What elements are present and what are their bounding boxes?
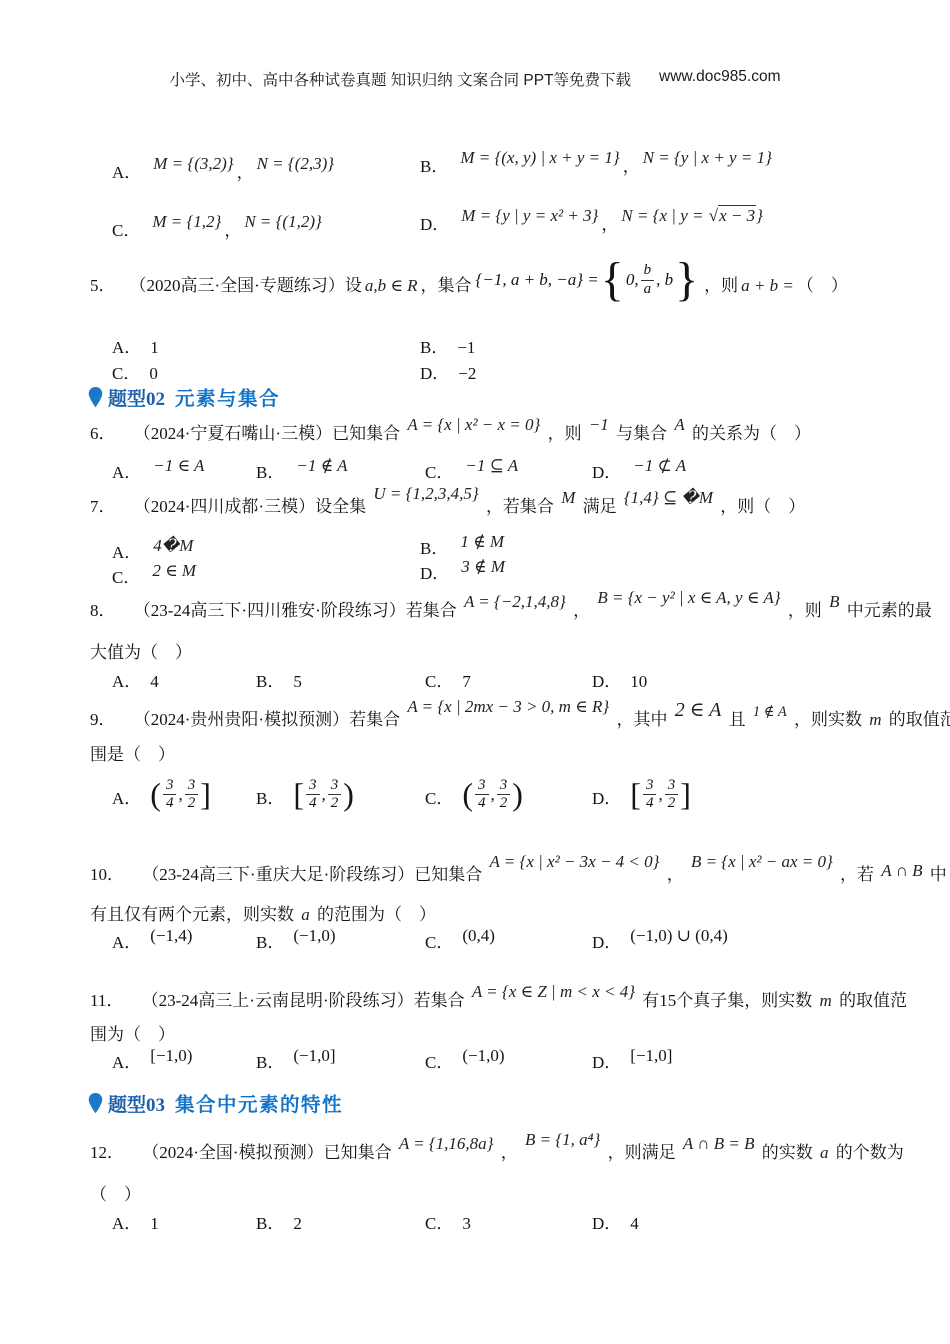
comma: , [658, 785, 662, 805]
q4-option-a: A．M = {(3,2)}，N = {(2,3)} [112, 162, 337, 185]
text: ，若 [840, 865, 874, 884]
header-text: 小学、初中、高中各种试卷真题 知识归纳 文案合同 PPT等免费下载 [169, 68, 631, 90]
math-var-a: a [820, 1143, 829, 1162]
text: 的实数 [762, 1143, 813, 1162]
q4-option-b: B．M = {(x, y) | x + y = 1}，N = {y | x + … [420, 156, 775, 179]
sqrt-pre: N = {x | y = [621, 206, 707, 225]
text: 与集合 [616, 424, 667, 443]
sqrt-post: } [756, 206, 763, 225]
option-value: 2 [293, 1214, 302, 1233]
math-set-B: B = {1, a⁴} [525, 1129, 600, 1152]
text: 围为（ ） [90, 1025, 175, 1044]
question-number: 12． [90, 1143, 124, 1162]
q12-option-b: B．2 [256, 1209, 302, 1234]
q5-option-a: A．1 [112, 333, 159, 358]
text: ，其中 [616, 710, 667, 729]
question-source: （2020高三·全国·专题练习）设 [130, 275, 362, 298]
q4-option-d: D．M = {y | y = x² + 3}，N = {x | y = √x −… [420, 214, 766, 237]
option-value: 5 [293, 672, 302, 691]
radical-icon: √ [709, 206, 718, 225]
answer-paren: （ ） [90, 1185, 141, 1204]
option-label: D． [592, 672, 621, 691]
option-label: B． [256, 1053, 284, 1072]
text: 有15个真子集，则实数 [642, 991, 812, 1010]
option-value: 7 [462, 672, 471, 691]
q6-option-c: C．−1 ⊆ A [425, 458, 521, 483]
option-label: B． [256, 672, 284, 691]
text: ，若集合 [486, 497, 554, 516]
fraction-numerator: 3 [665, 778, 679, 796]
topic-title: 集合中元素的特性 [175, 1089, 343, 1117]
option-label: C． [112, 221, 140, 240]
fraction-numerator: 3 [306, 778, 320, 796]
option-value: −2 [458, 364, 476, 383]
fraction: 34 [163, 778, 177, 813]
q9-option-d: D． [34,32] [592, 760, 691, 812]
question-number: 6． [90, 424, 116, 443]
math-subset-condition: {1,4} ⊆ �M [624, 487, 713, 510]
option-label: D． [592, 463, 621, 482]
fraction-denominator: 4 [478, 795, 486, 812]
q5-option-d: D．−2 [420, 359, 476, 384]
page-header: 小学、初中、高中各种试卷真题 知识归纳 文案合同 PPT等免费下载 www.do… [0, 68, 950, 90]
q9-option-a: A． (34,32] [112, 760, 211, 812]
comma: ， [667, 865, 684, 884]
option-label: D． [592, 1053, 621, 1072]
option-label: A． [112, 543, 141, 562]
text: 的取值范 [889, 710, 950, 729]
fraction: 34 [475, 778, 489, 813]
set-rest: , b [656, 269, 673, 292]
comma: ， [501, 1143, 518, 1162]
math-set-B: B = {x | x² − ax = 0} [691, 851, 833, 874]
question-number: 10． [90, 865, 124, 884]
option-label: A． [112, 338, 141, 357]
math-1-notin-A: 1 ∉ A [753, 703, 787, 723]
q6-option-a: A．−1 ∈ A [112, 458, 207, 483]
q6-option-b: B．−1 ∉ A [256, 458, 350, 483]
question-11-line-2: 围为（ ） [90, 1024, 175, 1047]
interval-value: [34,32] [630, 778, 691, 813]
question-5-line: 5． （2020高三·全国·专题练习）设 a,b ∈ R ，集合 {−1, a … [90, 252, 848, 320]
fraction-denominator: 4 [309, 795, 317, 812]
worksheet-page: 小学、初中、高中各种试卷真题 知识归纳 文案合同 PPT等免费下载 www.do… [0, 0, 950, 1344]
bracket-close: ) [512, 778, 523, 810]
option-label: D． [592, 933, 621, 952]
radicand: x − 3 [718, 205, 756, 225]
q10-option-c: C．(0,4) [425, 928, 495, 953]
fraction-denominator: 4 [646, 795, 654, 812]
math-set-N: N = {y | x + y = 1} [643, 147, 772, 170]
option-label: D． [420, 364, 449, 383]
q5-option-b: B．−1 [420, 333, 475, 358]
question-number: 8． [90, 601, 116, 620]
math-set-N-sqrt: N = {x | y = √x − 3} [621, 205, 763, 228]
text: 的关系为（ ） [692, 424, 811, 443]
option-value: 0 [149, 364, 158, 383]
math-2-in-A: 2 ∈ A [675, 697, 722, 724]
question-source: （2024·宁夏石嘴山·三模）已知集合 [134, 424, 400, 443]
fraction: 32 [665, 778, 679, 813]
math-universal-set: U = {1,2,3,4,5} [373, 483, 478, 506]
fraction: 32 [497, 778, 511, 813]
text: ，则（ ） [720, 497, 805, 516]
question-number: 9． [90, 710, 116, 729]
option-value: 4 [150, 672, 159, 691]
option-label: B． [420, 539, 448, 558]
text: ，则满足 [608, 1143, 676, 1162]
option-label: C． [425, 784, 453, 812]
option-label: A． [112, 1053, 141, 1072]
topic-tag: 题型02 [108, 384, 165, 411]
text: ，则 [788, 601, 822, 620]
question-number: 7． [90, 497, 116, 516]
option-value: −1 [457, 338, 475, 357]
question-8-line-1: 8． （23-24高三下·四川雅安·阶段练习）若集合 A = {−2,1,4,8… [90, 600, 932, 623]
fraction-numerator: 3 [497, 778, 511, 796]
bracket-close: ] [200, 778, 211, 810]
topic-header-02: 题型02 元素与集合 [88, 383, 280, 411]
option-value: (−1,0) [293, 926, 335, 946]
fraction-numerator: 3 [643, 778, 657, 796]
bracket-open: ( [150, 778, 161, 810]
q9-option-b: B． [34,32) [256, 760, 354, 812]
option-label: C． [425, 933, 453, 952]
bracket-open: [ [630, 778, 641, 810]
bracket-open: [ [293, 778, 304, 810]
question-number: 5． [90, 275, 116, 298]
text: ，则实数 [794, 710, 862, 729]
math-set-N: N = {(2,3)} [257, 153, 334, 176]
option-value: 4 [630, 1214, 639, 1233]
topic-tag: 题型03 [108, 1090, 165, 1117]
q7-option-c: C．2 ∈ M [112, 563, 199, 588]
question-source: （23-24高三上·云南昆明·阶段练习）若集合 [142, 991, 465, 1010]
option-label: A． [112, 463, 141, 482]
option-label: C． [112, 568, 140, 587]
math-set-A: A = {x | 2mx − 3 > 0, m ∈ R} [407, 696, 609, 719]
q12-option-a: A．1 [112, 1209, 159, 1234]
comma: ， [573, 601, 590, 620]
comma: ， [237, 163, 254, 182]
math-set-A: A = {−2,1,4,8} [464, 591, 566, 614]
option-value: [−1,0) [150, 1046, 192, 1066]
math-set-M: M = {(x, y) | x + y = 1} [460, 147, 619, 170]
answer-paren: （ ） [797, 275, 848, 298]
question-12-line-1: 12． （2024·全国·模拟预测）已知集合 A = {1,16,8a} ， B… [90, 1142, 904, 1165]
question-6-line: 6． （2024·宁夏石嘴山·三模）已知集合 A = {x | x² − x =… [90, 423, 811, 446]
comma: ， [224, 221, 241, 240]
option-label: A． [112, 784, 141, 812]
option-label: A． [112, 933, 141, 952]
interval-value: [34,32) [293, 778, 354, 813]
math-A-intersect-B: A ∩ B [881, 860, 922, 883]
q5-option-c: C．0 [112, 359, 158, 384]
q7-option-b: B．1 ∉ M [420, 534, 507, 559]
fraction-denominator: a [644, 281, 652, 298]
site-url: www.doc985.com [659, 68, 780, 90]
fraction-denominator: 2 [331, 795, 339, 812]
q8-option-b: B．5 [256, 667, 302, 692]
option-label: A． [112, 1214, 141, 1233]
q11-option-d: D．[−1,0] [592, 1048, 672, 1073]
text: ，集合 [421, 275, 472, 298]
pin-icon [88, 387, 103, 408]
brace-close: } [675, 256, 698, 304]
option-value: (−1,0] [293, 1046, 335, 1066]
fraction-numerator: b [641, 263, 655, 281]
text: 大值为（ ） [90, 643, 192, 662]
math-set-M: M = {y | y = x² + 3} [461, 205, 598, 228]
question-9-line-1: 9． （2024·贵州贵阳·模拟预测）若集合 A = {x | 2mx − 3 … [90, 706, 950, 733]
q8-option-d: D．10 [592, 667, 647, 692]
math-A: A [674, 414, 684, 437]
question-number: 11． [90, 991, 123, 1010]
math-set-equation: {−1, a + b, −a} = { 0, ba , b } [476, 256, 701, 304]
question-source: （2024·全国·模拟预测）已知集合 [142, 1143, 391, 1162]
pin-icon [88, 1093, 103, 1114]
option-label: B． [256, 784, 284, 812]
text: 有且仅有两个元素，则实数 [90, 905, 294, 924]
question-11-line-1: 11． （23-24高三上·云南昆明·阶段练习）若集合 A = {x ∈ Z |… [90, 990, 907, 1013]
topic-title: 元素与集合 [175, 383, 280, 411]
question-12-line-2: （ ） [90, 1184, 141, 1207]
fraction: 32 [328, 778, 342, 813]
comma: ， [601, 215, 618, 234]
interval-value: (34,32) [462, 778, 523, 813]
option-value: (−1,4) [150, 926, 192, 946]
option-label: C． [425, 1214, 453, 1233]
fraction-numerator: 3 [328, 778, 342, 796]
math-var-a: a [301, 905, 310, 924]
math-set-B: B = {x − y² | x ∈ A, y ∈ A} [597, 587, 780, 610]
math-B: B [829, 591, 839, 614]
text: 中 [930, 865, 947, 884]
set-lhs: {−1, a + b, −a} = [476, 269, 599, 292]
q7-option-d: D．3 ∉ M [420, 559, 508, 584]
fraction-b-over-a: ba [641, 263, 655, 298]
option-label: B． [256, 463, 284, 482]
fraction-numerator: 3 [163, 778, 177, 796]
math-var-m: m [820, 991, 832, 1010]
interval-value: (34,32] [150, 778, 211, 813]
question-7-line: 7． （2024·四川成都·三模）设全集 U = {1,2,3,4,5} ，若集… [90, 496, 805, 519]
bracket-close: ) [343, 778, 354, 810]
q10-option-b: B．(−1,0) [256, 928, 336, 953]
option-label: D． [592, 1214, 621, 1233]
question-source: （2024·贵州贵阳·模拟预测）若集合 [134, 710, 400, 729]
option-value: 1 ∉ M [460, 532, 504, 552]
fraction: 32 [185, 778, 199, 813]
topic-header-03: 题型03 集合中元素的特性 [88, 1089, 343, 1117]
q10-option-d: D．(−1,0) ∪ (0,4) [592, 928, 728, 953]
option-value: 1 [150, 1214, 159, 1233]
comma: , [322, 785, 326, 805]
math-set-A: A = {x | x² − 3x − 4 < 0} [489, 851, 659, 874]
bracket-close: ] [680, 778, 691, 810]
math-ab-real: a,b ∈ R [365, 275, 418, 298]
option-label: B． [420, 157, 448, 176]
fraction-denominator: 2 [188, 795, 196, 812]
q12-option-d: D．4 [592, 1209, 639, 1234]
comma: , [178, 785, 182, 805]
q6-option-d: D．−1 ⊄ A [592, 458, 689, 483]
option-label: C． [425, 1053, 453, 1072]
text: 的个数为 [836, 1143, 904, 1162]
question-8-line-2: 大值为（ ） [90, 642, 192, 665]
fraction-numerator: 3 [185, 778, 199, 796]
question-10-line-1: 10． （23-24高三下·重庆大足·阶段练习）已知集合 A = {x | x²… [90, 864, 947, 887]
q8-option-a: A．4 [112, 667, 159, 692]
text: 的取值范 [839, 991, 907, 1010]
option-value: −1 ∉ A [296, 456, 347, 476]
question-10-line-2: 有且仅有两个元素，则实数 a 的范围为（ ） [90, 904, 436, 927]
text: ，则 [548, 424, 582, 443]
option-label: A． [112, 672, 141, 691]
text: ，则 [704, 275, 738, 298]
option-value: (0,4) [462, 926, 495, 946]
option-label: D． [420, 564, 449, 583]
fraction-denominator: 4 [166, 795, 174, 812]
set-first: 0, [626, 269, 639, 292]
option-label: A． [112, 163, 141, 182]
brace-open: { [601, 256, 624, 304]
question-source: （23-24高三下·重庆大足·阶段练习）已知集合 [142, 865, 482, 884]
q9-option-c: C． (34,32) [425, 760, 523, 812]
math-a-plus-b: a + b = [741, 275, 794, 298]
option-label: B． [256, 933, 284, 952]
text: 满足 [583, 497, 617, 516]
math-set-N: N = {(1,2)} [244, 211, 321, 234]
option-value: (−1,0) ∪ (0,4) [630, 926, 727, 946]
text: 中元素的最 [847, 601, 932, 620]
option-value: −1 ⊄ A [633, 456, 686, 476]
option-value: −1 ∈ A [153, 456, 204, 476]
option-value: 2 ∈ M [152, 561, 196, 581]
q12-option-c: C．3 [425, 1209, 471, 1234]
q11-option-a: A．[−1,0) [112, 1048, 192, 1073]
math-var-m: m [869, 710, 881, 729]
text: 且 [729, 710, 746, 729]
math-set-A: A = {1,16,8a} [399, 1133, 494, 1156]
option-label: D． [592, 784, 621, 812]
math-set-M: M = {(3,2)} [153, 153, 233, 176]
comma: , [491, 785, 495, 805]
option-value: 3 [462, 1214, 471, 1233]
option-label: C． [425, 672, 453, 691]
text: 的范围为（ ） [317, 905, 436, 924]
q7-option-a: A．4�M [112, 538, 196, 563]
fraction-numerator: 3 [475, 778, 489, 796]
q11-option-c: C．(−1,0) [425, 1048, 505, 1073]
comma: ， [623, 157, 640, 176]
option-value: 3 ∉ M [461, 557, 505, 577]
fraction: 34 [643, 778, 657, 813]
math-intersection-eq: A ∩ B = B [683, 1133, 755, 1156]
q4-option-c: C．M = {1,2}，N = {(1,2)} [112, 220, 325, 243]
option-label: B． [256, 1214, 284, 1233]
option-label: D． [420, 215, 449, 234]
option-label: C． [112, 364, 140, 383]
option-label: B． [420, 338, 448, 357]
option-value: −1 ⊆ A [465, 456, 518, 476]
question-source: （2024·四川成都·三模）设全集 [134, 497, 366, 516]
option-label: C． [425, 463, 453, 482]
option-value: 4�M [153, 536, 193, 556]
math-set-A: A = {x ∈ Z | m < x < 4} [472, 981, 635, 1004]
math-neg-one: −1 [589, 414, 609, 437]
q10-option-a: A．(−1,4) [112, 928, 192, 953]
option-value: 1 [150, 338, 159, 357]
option-value: (−1,0) [462, 1046, 504, 1066]
fraction: 34 [306, 778, 320, 813]
question-source: （23-24高三下·四川雅安·阶段练习）若集合 [134, 601, 457, 620]
fraction-denominator: 2 [500, 795, 508, 812]
math-M: M [561, 487, 575, 510]
bracket-open: ( [462, 778, 473, 810]
option-value: 10 [630, 672, 647, 691]
option-value: [−1,0] [630, 1046, 672, 1066]
fraction-denominator: 2 [668, 795, 676, 812]
q11-option-b: B．(−1,0] [256, 1048, 336, 1073]
q8-option-c: C．7 [425, 667, 471, 692]
math-set-A: A = {x | x² − x = 0} [407, 414, 540, 437]
math-set-M: M = {1,2} [152, 211, 221, 234]
